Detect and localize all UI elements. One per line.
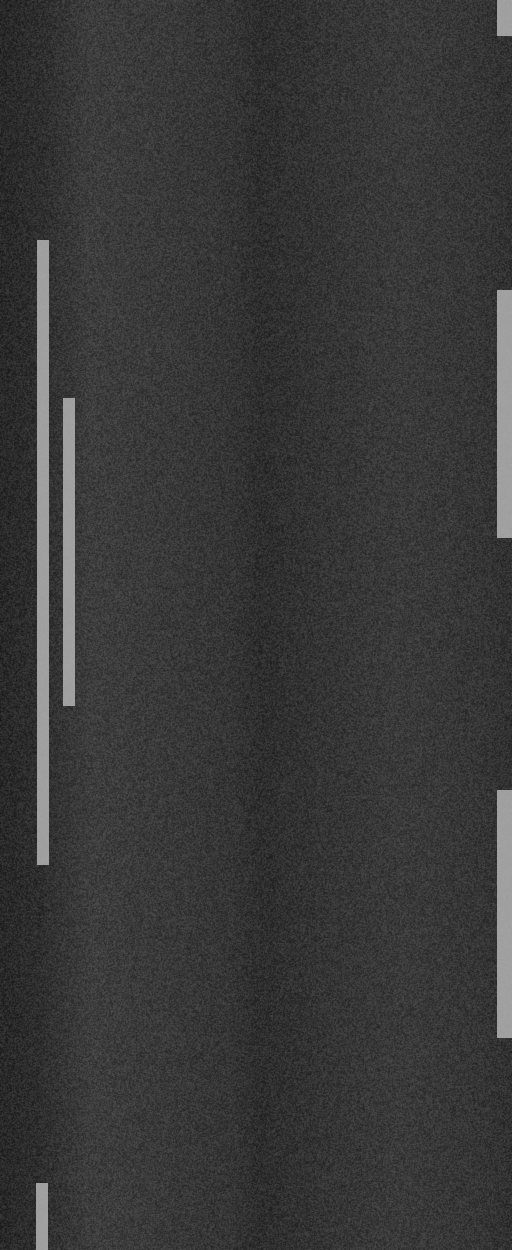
- road-surface-image: [0, 0, 512, 1250]
- left-solid-line: [37, 240, 49, 865]
- left-inner-line: [63, 398, 75, 706]
- right-dash-3: [497, 790, 512, 1038]
- right-dash-2: [497, 290, 512, 538]
- right-dash-1: [497, 0, 512, 36]
- left-bottom-dash: [36, 1183, 48, 1250]
- noise-texture: [0, 0, 512, 1250]
